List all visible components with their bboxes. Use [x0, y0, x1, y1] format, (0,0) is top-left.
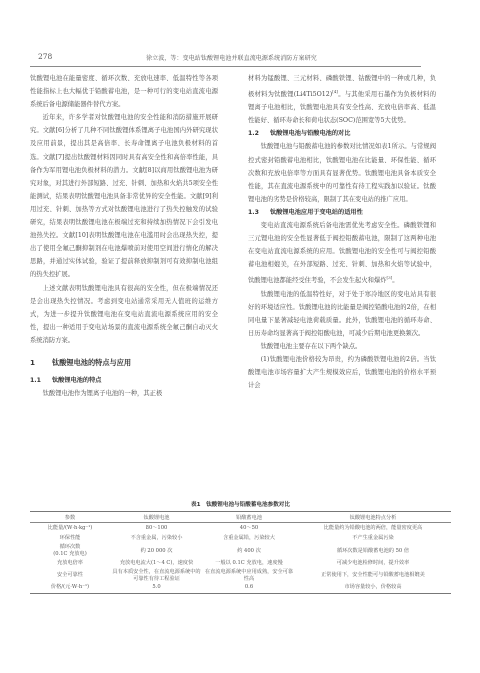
table-cell: 80～100	[110, 523, 203, 534]
table-cell: 环保性能	[30, 534, 110, 545]
page-header: 278 徐立波，等：变电站钛酸锂电池并联直流电源系统消防方案研究	[30, 50, 421, 67]
running-title: 徐立波，等：变电站钛酸锂电池并联直流电源系统消防方案研究	[146, 53, 317, 62]
table-cell: 比能量/(W·h·kg⁻¹)	[30, 523, 110, 534]
page-number: 278	[38, 52, 52, 61]
table-cell: 0.6	[203, 583, 295, 594]
table-cell: 价格/(元·W·h⁻¹)	[30, 583, 110, 594]
table-cell: 循环次数 (0.1C 充放电)	[30, 544, 110, 558]
table-cell: 具有本质安全性，在直流电源系统中的可靠性有待工程验证	[110, 569, 203, 583]
table-row: 充放电倍率 充放电电流大(1～4 C)，速度快 一般以 0.1C 充放电，速度慢…	[30, 558, 451, 569]
table-row: 比能量/(W·h·kg⁻¹) 80～100 40～50 比能量约为铅酸电池的两倍…	[30, 523, 451, 534]
table-cell: 约 20 000 次	[110, 544, 203, 558]
table-cell: 正常使用下，安全性能可与铅酸蓄电池相媲美	[295, 569, 451, 583]
table-cell: 约 400 次	[203, 544, 295, 558]
table-row: 循环次数 (0.1C 充放电) 约 20 000 次 约 400 次 循环次数是…	[30, 544, 451, 558]
table-cell: 可减少电池检修时间，提升效率	[295, 558, 451, 569]
table-cell: 比能量约为铅酸电池的两倍，能量密度更高	[295, 523, 451, 534]
paragraph: 钛酸锂电池与铅酸蓄电池的参数对比情况如表1所示。与常规阀控式密封铅酸蓄电池相比，…	[248, 140, 436, 205]
table-cell: 安全可靠性	[30, 569, 110, 583]
section-heading-1: 1钛酸锂电池的特点与应用	[30, 356, 218, 370]
paragraph: 变电站直流电源系统后备电池需优先考虑安全性。磷酸铁锂和三元锂电池的安全性显著低于…	[248, 219, 436, 288]
column-header: 参数	[30, 512, 110, 523]
table-cell: 充放电电流大(1～4 C)，速度快	[110, 558, 203, 569]
right-column: 材料为锰酸锂、三元材料、磷酸铁锂、钴酸锂中的一种或几种，负极材料为钛酸锂(Li4…	[248, 72, 436, 392]
table-cell: 不含重金属，污染较小	[110, 534, 203, 545]
table-cell: 含重金属铅，污染较大	[203, 534, 295, 545]
table-1: 表1 钛酸锂电池与铅酸蓄电池参数对比 参数 钛酸锂电池 铅酸蓄电池 钛酸锂电池特…	[30, 499, 451, 594]
comparison-table: 参数 钛酸锂电池 铅酸蓄电池 钛酸锂电池特点分析 比能量/(W·h·kg⁻¹) …	[30, 511, 451, 594]
paragraph: (1)钛酸锂电池价格较为昂贵，约为磷酸铁锂电池的2倍。当钛酸锂电池市场容量扩大产…	[248, 353, 436, 392]
paragraph: 钛酸锂电池在能量密度、循环次数、充放电速率、低温特性等各项性能指标上也大幅优于铅…	[30, 72, 218, 111]
table-row: 安全可靠性 具有本质安全性，在直流电源系统中的可靠性有待工程验证 在直流电源系统…	[30, 569, 451, 583]
table-cell: 充放电倍率	[30, 558, 110, 569]
column-header: 铅酸蓄电池	[203, 512, 295, 523]
table-caption: 表1 钛酸锂电池与铅酸蓄电池参数对比	[30, 499, 451, 511]
paragraph: 钛酸锂电池作为锂离子电池的一种，其正极	[30, 387, 218, 400]
section-heading-1-2: 1.2钛酸锂电池与铅酸电池的对比	[248, 127, 436, 140]
paragraph: 钛酸锂电池主要存在以下两个缺点。	[248, 340, 436, 353]
table-row: 环保性能 不含重金属，污染较小 含重金属铅，污染较大 不产生重金属污染	[30, 534, 451, 545]
table-cell: 40～50	[203, 523, 295, 534]
section-heading-1-3: 1.3钛酸锂电池应用于变电站的适用性	[248, 206, 436, 219]
table-cell: 不产生重金属污染	[295, 534, 451, 545]
table-cell: 在直流电源系统中应用成熟，安全可靠性高	[203, 569, 295, 583]
paragraph: 上述文献表明钛酸锂电池具有很高的安全性，但在极端情况还是会出现热失控情况。考虑到…	[30, 282, 218, 347]
paragraph: 钛酸锂电池的低温特性好，对于处于寒冷地区的变电站具有很好的环境适应性。钛酸锂电池…	[248, 288, 436, 340]
table-header-row: 参数 钛酸锂电池 铅酸蓄电池 钛酸锂电池特点分析	[30, 512, 451, 523]
table-cell: 市场容量较小，价格较高	[295, 583, 451, 594]
column-header: 钛酸锂电池	[110, 512, 203, 523]
section-heading-1-1: 1.1钛酸锂电池的特点	[30, 374, 218, 387]
table-cell: 5.0	[110, 583, 203, 594]
table-row: 价格/(元·W·h⁻¹) 5.0 0.6 市场容量较小，价格较高	[30, 583, 451, 594]
column-header: 钛酸锂电池特点分析	[295, 512, 451, 523]
left-column: 钛酸锂电池在能量密度、循环次数、充放电速率、低温特性等各项性能指标上也大幅优于铅…	[30, 72, 218, 400]
paragraph: 材料为锰酸锂、三元材料、磷酸铁锂、钴酸锂中的一种或几种，负极材料为钛酸锂(Li4…	[248, 72, 436, 127]
paragraph: 近年来，许多学者对钛酸锂电池的安全性能和消防措施开展研究。文献[6]分析了几种不…	[30, 111, 218, 281]
table-cell: 循环次数是铅酸蓄电池的 50 倍	[295, 544, 451, 558]
table-cell: 一般以 0.1C 充放电，速度慢	[203, 558, 295, 569]
